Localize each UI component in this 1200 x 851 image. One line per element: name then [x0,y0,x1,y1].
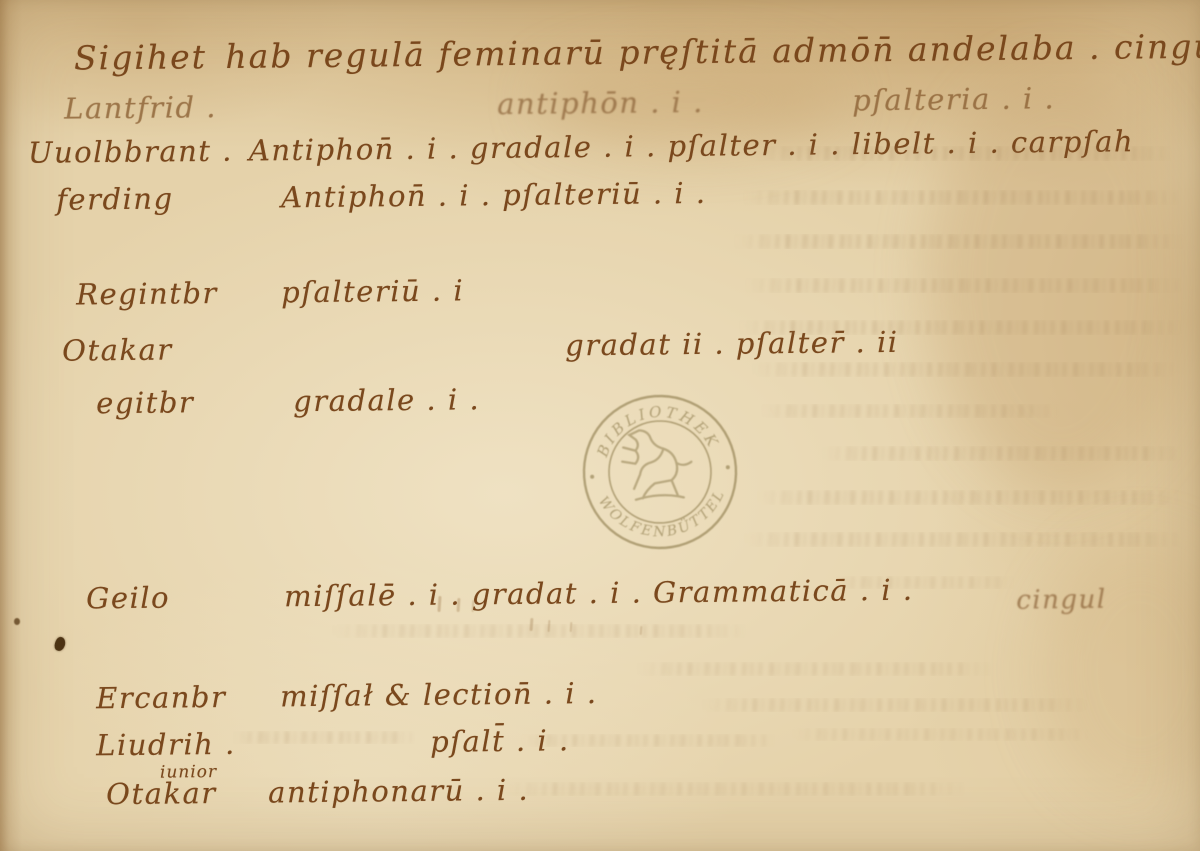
line-entry-faded: cingul [1016,585,1107,616]
stamp-top-text: BIBLIOTHEK [590,398,724,461]
ink-speck [14,618,20,625]
show-through-line [635,662,995,676]
show-through-line [733,234,1185,249]
show-through-line [750,362,1180,377]
stamp-separator-dot [590,475,594,479]
rearing-horse-icon [620,427,694,502]
erased-stroke [640,626,643,635]
manuscript-line: egitbr gradale . i . [0,375,1200,388]
manuscript-line: ferding Antiphon̄ . i . pſalteriū . i . [0,171,1200,184]
line-entry: gradat ii . pſalter̄ . ii [565,325,899,362]
line-entry: gradale . i . [293,382,480,418]
show-through-line [790,728,1090,741]
owner-name: Lantfrid . [64,90,217,126]
line-entry: miſſał & lection̄ . i . [280,676,598,713]
manuscript-line: Liudrih . pſalt̄ . i . [0,717,1200,730]
owner-name: Liudrih . [96,727,236,762]
owner-name: ferding [56,181,174,216]
owner-name: Geilo [86,581,170,616]
interlinear-addition: iunior [160,762,217,783]
manuscript-line: Regintbr pſalteriū . i [0,266,1200,279]
erased-stroke [548,620,551,632]
show-through-line [820,446,1185,461]
show-through-line [755,490,1185,505]
manuscript-line: Ercanbr miſſał & lection̄ . i . [0,670,1200,683]
manuscript-line: Uuolbbrant . Antiphon̄ . i . gradale . i… [28,124,1134,170]
line-entry: pſalteria . i . [852,81,1055,117]
manuscript-line: Otakar iunior antiphonarū . i . [0,766,1200,779]
owner-name: egitbr [96,385,194,420]
line-entry: pſalt̄ . i . [430,723,570,758]
owner-name: Regintbr [76,276,218,311]
manuscript-line-faded: Lantfrid . antiphōn . i . pſalteria . i … [0,80,1200,93]
stamp-separator-dot [726,465,730,469]
show-through-line [700,698,1090,712]
owner-name: Otakar [62,332,173,367]
owner-name: Ercanbr [96,680,227,715]
line-entry: pſalteriū . i [281,273,464,309]
show-through-line [742,532,1184,547]
line-entry: miſſalē . i . gradat . i . Grammaticā . … [284,573,914,614]
manuscript-line: Geilo miſſalē . i . gradat . i . Grammat… [0,570,1200,583]
manuscript-page: Sigihet hab regulā feminarū pręſtitā adm… [0,0,1200,851]
show-through-line [744,278,1184,293]
line-entry: hab regulā feminarū pręſtitā admōn̄ ande… [225,25,1200,76]
show-through-line [742,190,1182,205]
manuscript-line: Otakar gradat ii . pſalter̄ . ii [0,322,1200,335]
erased-stroke [530,618,534,631]
owner-name: Sigihet [74,37,207,77]
ink-blot [53,636,67,652]
parchment-stain [1040,540,1200,800]
show-through-line [232,731,417,744]
show-through-line [330,624,750,638]
line-entry: antiphōn . i . [497,85,704,121]
erased-stroke [570,622,573,632]
line-entry: Antiphon̄ . i . gradale . i . pſalter . … [249,124,1134,167]
line-entry: Antiphon̄ . i . pſalteriū . i . [281,176,707,214]
show-through-line [500,782,970,796]
owner-name: Uuolbbrant . [28,134,233,170]
line-entry: antiphonarū . i . [268,773,529,810]
show-through-line [760,404,1060,418]
library-stamp: BIBLIOTHEK WOLFENBÜTTEL [572,384,747,559]
manuscript-line: Sigihet hab regulā feminarū pręſtitā adm… [74,25,1200,77]
